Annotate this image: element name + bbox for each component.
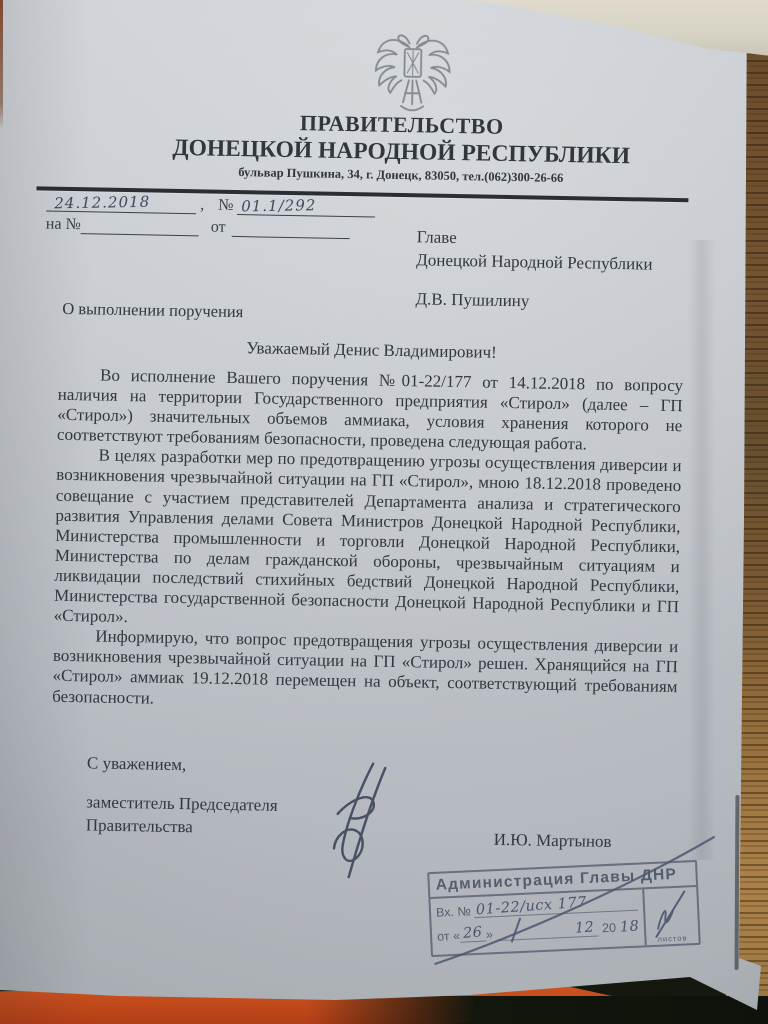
signature-scribble-icon (308, 756, 422, 882)
stamp-year-printed: 20 (602, 921, 617, 936)
recipient-block: Главе Донецкой Народной Республики Д.В. … (415, 226, 653, 315)
signer-position: заместитель Председателя Правительства (86, 791, 278, 839)
stamp-fields: Вх. № 01-22/исх 177 от « 26 » 12 20 18 (430, 889, 644, 955)
comma: , (200, 196, 204, 214)
stamp-incoming-blank: 01-22/исх 177 (473, 894, 638, 918)
letterhead: ПРАВИТЕЛЬСТВО ДОНЕЦКОЙ НАРОДНОЙ РЕСПУБЛИ… (91, 106, 712, 189)
stamp-signature-cell: листов (642, 887, 698, 945)
number-label: № (218, 197, 234, 215)
signer-position-line1: заместитель Председателя (86, 791, 278, 817)
stamp-date-day-handwritten: 26 (463, 924, 484, 941)
coat-of-arms-icon (366, 23, 460, 119)
reply-date-label: от (211, 219, 226, 237)
salutation: Уважаемый Денис Владимирович! (59, 335, 683, 366)
body-paragraph-1: Во исполнение Вашего поручения №01-22/17… (57, 365, 683, 457)
stamp-date-day-blank: 26 (460, 925, 487, 943)
date-blank: 24.12.2018 (46, 193, 196, 215)
closing-regards: С уважением, (87, 753, 187, 775)
stamp-date-from-label: от « (437, 929, 460, 944)
reply-number-label: на № (46, 216, 81, 235)
reply-date-blank (231, 218, 349, 239)
stamp-incoming-row: Вх. № 01-22/исх 177 (436, 894, 639, 920)
registration-stamp: Администрация Главы ДНР Вх. № 01-22/исх … (427, 860, 701, 957)
reply-number-blank (81, 215, 199, 236)
body-paragraph-3: Информирую, что вопрос предотвращения уг… (52, 626, 678, 718)
signer-name: И.Ю. Мартынов (493, 830, 611, 852)
recipient-name: Д.В. Пушилину (415, 288, 652, 315)
stamp-pen-slash (510, 918, 521, 943)
signer-position-line2: Правительства (86, 814, 278, 840)
subject-line: О выполнении поручения (62, 299, 243, 322)
stamp-date-month-handwritten: 12 (574, 919, 595, 936)
stamp-year-handwritten: 18 (619, 918, 640, 935)
number-blank: 01.1/292 (237, 196, 375, 218)
stamp-date-row: от « 26 » 12 20 18 (437, 918, 640, 944)
number-handwritten: 01.1/292 (241, 196, 316, 215)
letter-body: Во исполнение Вашего поручения №01-22/17… (52, 365, 683, 718)
body-paragraph-2: В целях разработки мер по предотвращению… (54, 445, 682, 637)
photo-scene: ПРАВИТЕЛЬСТВО ДОНЕЦКОЙ НАРОДНОЙ РЕСПУБЛИ… (0, 0, 768, 1024)
stamp-incoming-label: Вх. № (436, 904, 471, 920)
stamp-date-month-blank: 12 (496, 919, 598, 941)
recipient-org: Донецкой Народной Республики (416, 249, 653, 276)
date-handwritten: 24.12.2018 (54, 193, 150, 213)
stamp-date-quote-close: » (486, 927, 494, 941)
stamp-year: 20 18 (602, 919, 640, 937)
stamp-incoming-handwritten: 01-22/исх 177 (475, 895, 587, 919)
stamp-body: Вх. № 01-22/исх 177 от « 26 » 12 20 18 (430, 887, 698, 955)
